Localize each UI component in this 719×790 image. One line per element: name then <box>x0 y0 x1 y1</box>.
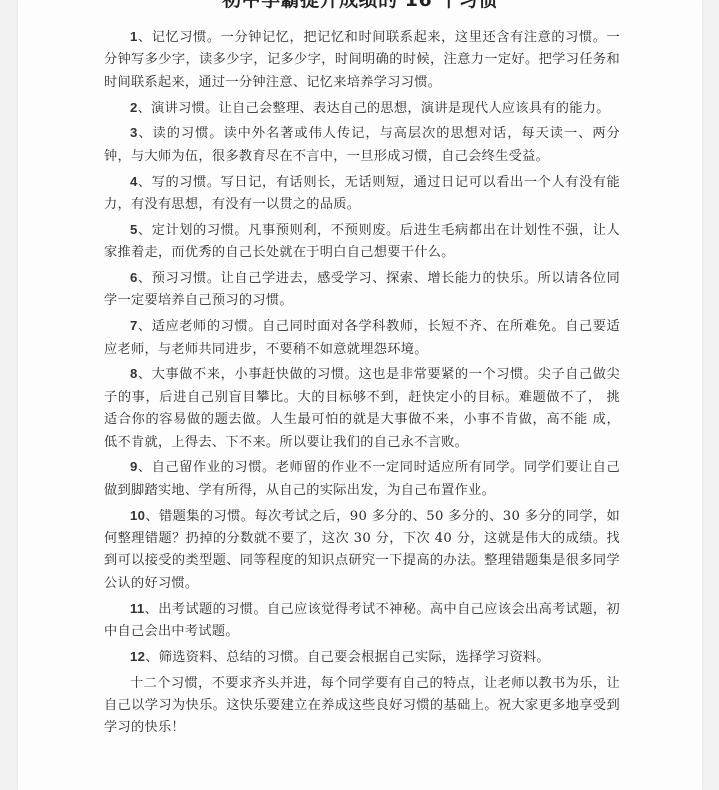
paragraph-text: 、记忆习惯。一分钟记忆，把记忆和时间联系起来，这里还含有注意的习惯。一分钟写多少… <box>104 30 620 90</box>
paragraph-habit-11: 11、出考试题的习惯。自己应该觉得考试不神秘。高中自己应该会出高考试题，初中自己… <box>104 598 620 644</box>
paragraph-text: 、定计划的习惯。凡事预则利，不预则废。后进生毛病都出在计划性不强，让人家推着走，… <box>104 223 620 260</box>
paragraph-habit-7: 7、适应老师的习惯。自己同时面对各学科教师，长短不齐、在所难免。自己要适应老师，… <box>104 315 620 361</box>
paragraph-text: 、演讲习惯。让自己会整理、表达自己的思想，演讲是现代人应该具有的能力。 <box>138 101 610 116</box>
paragraph-text: 十二个习惯，不要求齐头并进，每个同学要有自己的特点，让老师以教书为乐，让自己以学… <box>104 676 620 736</box>
paragraph-habit-10: 10、错题集的习惯。每次考试之后，90 多分的、50 多分的、30 多分的同学，… <box>104 505 620 596</box>
habit-number: 9 <box>130 459 138 474</box>
paragraph-habit-8: 8、大事做不来，小事赶快做的习惯。这也是非常要紧的一个习惯。尖子自己做尖子的事，… <box>104 363 620 454</box>
habit-number: 4 <box>130 174 138 189</box>
document-page: 初中学霸提升成绩的 16 个习惯 1、记忆习惯。一分钟记忆，把记忆和时间联系起来… <box>18 0 702 790</box>
paragraph-habit-12: 12、筛选资料、总结的习惯。自己要会根据自己实际，选择学习资料。 <box>104 646 620 669</box>
habit-number: 5 <box>130 222 138 237</box>
habit-number: 1 <box>130 29 138 44</box>
paragraph-habit-3: 3、读的习惯。读中外名著或伟人传记，与高层次的思想对话，每天读一、两分钟，与大师… <box>104 122 620 168</box>
paragraph-habit-2: 2、演讲习惯。让自己会整理、表达自己的思想，演讲是现代人应该具有的能力。 <box>104 97 620 120</box>
habit-number: 3 <box>130 125 138 140</box>
paragraph-habit-6: 6、预习习惯。让自己学进去，感受学习、探索、增长能力的快乐。所以请各位同学一定要… <box>104 267 620 313</box>
document-title: 初中学霸提升成绩的 16 个习惯 <box>18 0 702 13</box>
habit-number: 12 <box>130 649 145 664</box>
habit-number: 6 <box>130 270 138 285</box>
habit-number: 10 <box>130 508 145 523</box>
habit-number: 2 <box>130 100 138 115</box>
paragraph-habit-1: 1、记忆习惯。一分钟记忆，把记忆和时间联系起来，这里还含有注意的习惯。一分钟写多… <box>104 26 620 94</box>
paragraph-text: 、读的习惯。读中外名著或伟人传记，与高层次的思想对话，每天读一、两分钟，与大师为… <box>104 126 620 163</box>
paragraph-conclusion: 十二个习惯，不要求齐头并进，每个同学要有自己的特点，让老师以教书为乐，让自己以学… <box>104 672 620 740</box>
paragraph-text: 、大事做不来，小事赶快做的习惯。这也是非常要紧的一个习惯。尖子自己做尖子的事，后… <box>104 367 620 449</box>
paragraph-text: 、错题集的习惯。每次考试之后，90 多分的、50 多分的、30 多分的同学，如何… <box>104 509 620 591</box>
document-body: 1、记忆习惯。一分钟记忆，把记忆和时间联系起来，这里还含有注意的习惯。一分钟写多… <box>104 26 620 742</box>
paragraph-text: 、适应老师的习惯。自己同时面对各学科教师，长短不齐、在所难免。自己要适应老师，与… <box>104 319 620 356</box>
document-viewer: 初中学霸提升成绩的 16 个习惯 1、记忆习惯。一分钟记忆，把记忆和时间联系起来… <box>0 0 719 790</box>
paragraph-habit-9: 9、自己留作业的习惯。老师留的作业不一定同时适应所有同学。同学们要让自己做到脚踏… <box>104 456 620 502</box>
paragraph-text: 、自己留作业的习惯。老师留的作业不一定同时适应所有同学。同学们要让自己做到脚踏实… <box>104 460 620 497</box>
paragraph-text: 、预习习惯。让自己学进去，感受学习、探索、增长能力的快乐。所以请各位同学一定要培… <box>104 271 620 308</box>
habit-number: 7 <box>130 318 138 333</box>
paragraph-text: 、出考试题的习惯。自己应该觉得考试不神秘。高中自己应该会出高考试题，初中自己会出… <box>104 602 620 639</box>
paragraph-habit-4: 4、写的习惯。写日记，有话则长，无话则短，通过日记可以看出一个人有没有能力，有没… <box>104 171 620 217</box>
habit-number: 8 <box>130 366 138 381</box>
habit-number: 11 <box>130 601 145 616</box>
paragraph-text: 、写的习惯。写日记，有话则长，无话则短，通过日记可以看出一个人有没有能力，有没有… <box>104 175 620 212</box>
paragraph-text: 、筛选资料、总结的习惯。自己要会根据自己实际，选择学习资料。 <box>145 650 550 665</box>
paragraph-habit-5: 5、定计划的习惯。凡事预则利，不预则废。后进生毛病都出在计划性不强，让人家推着走… <box>104 219 620 265</box>
